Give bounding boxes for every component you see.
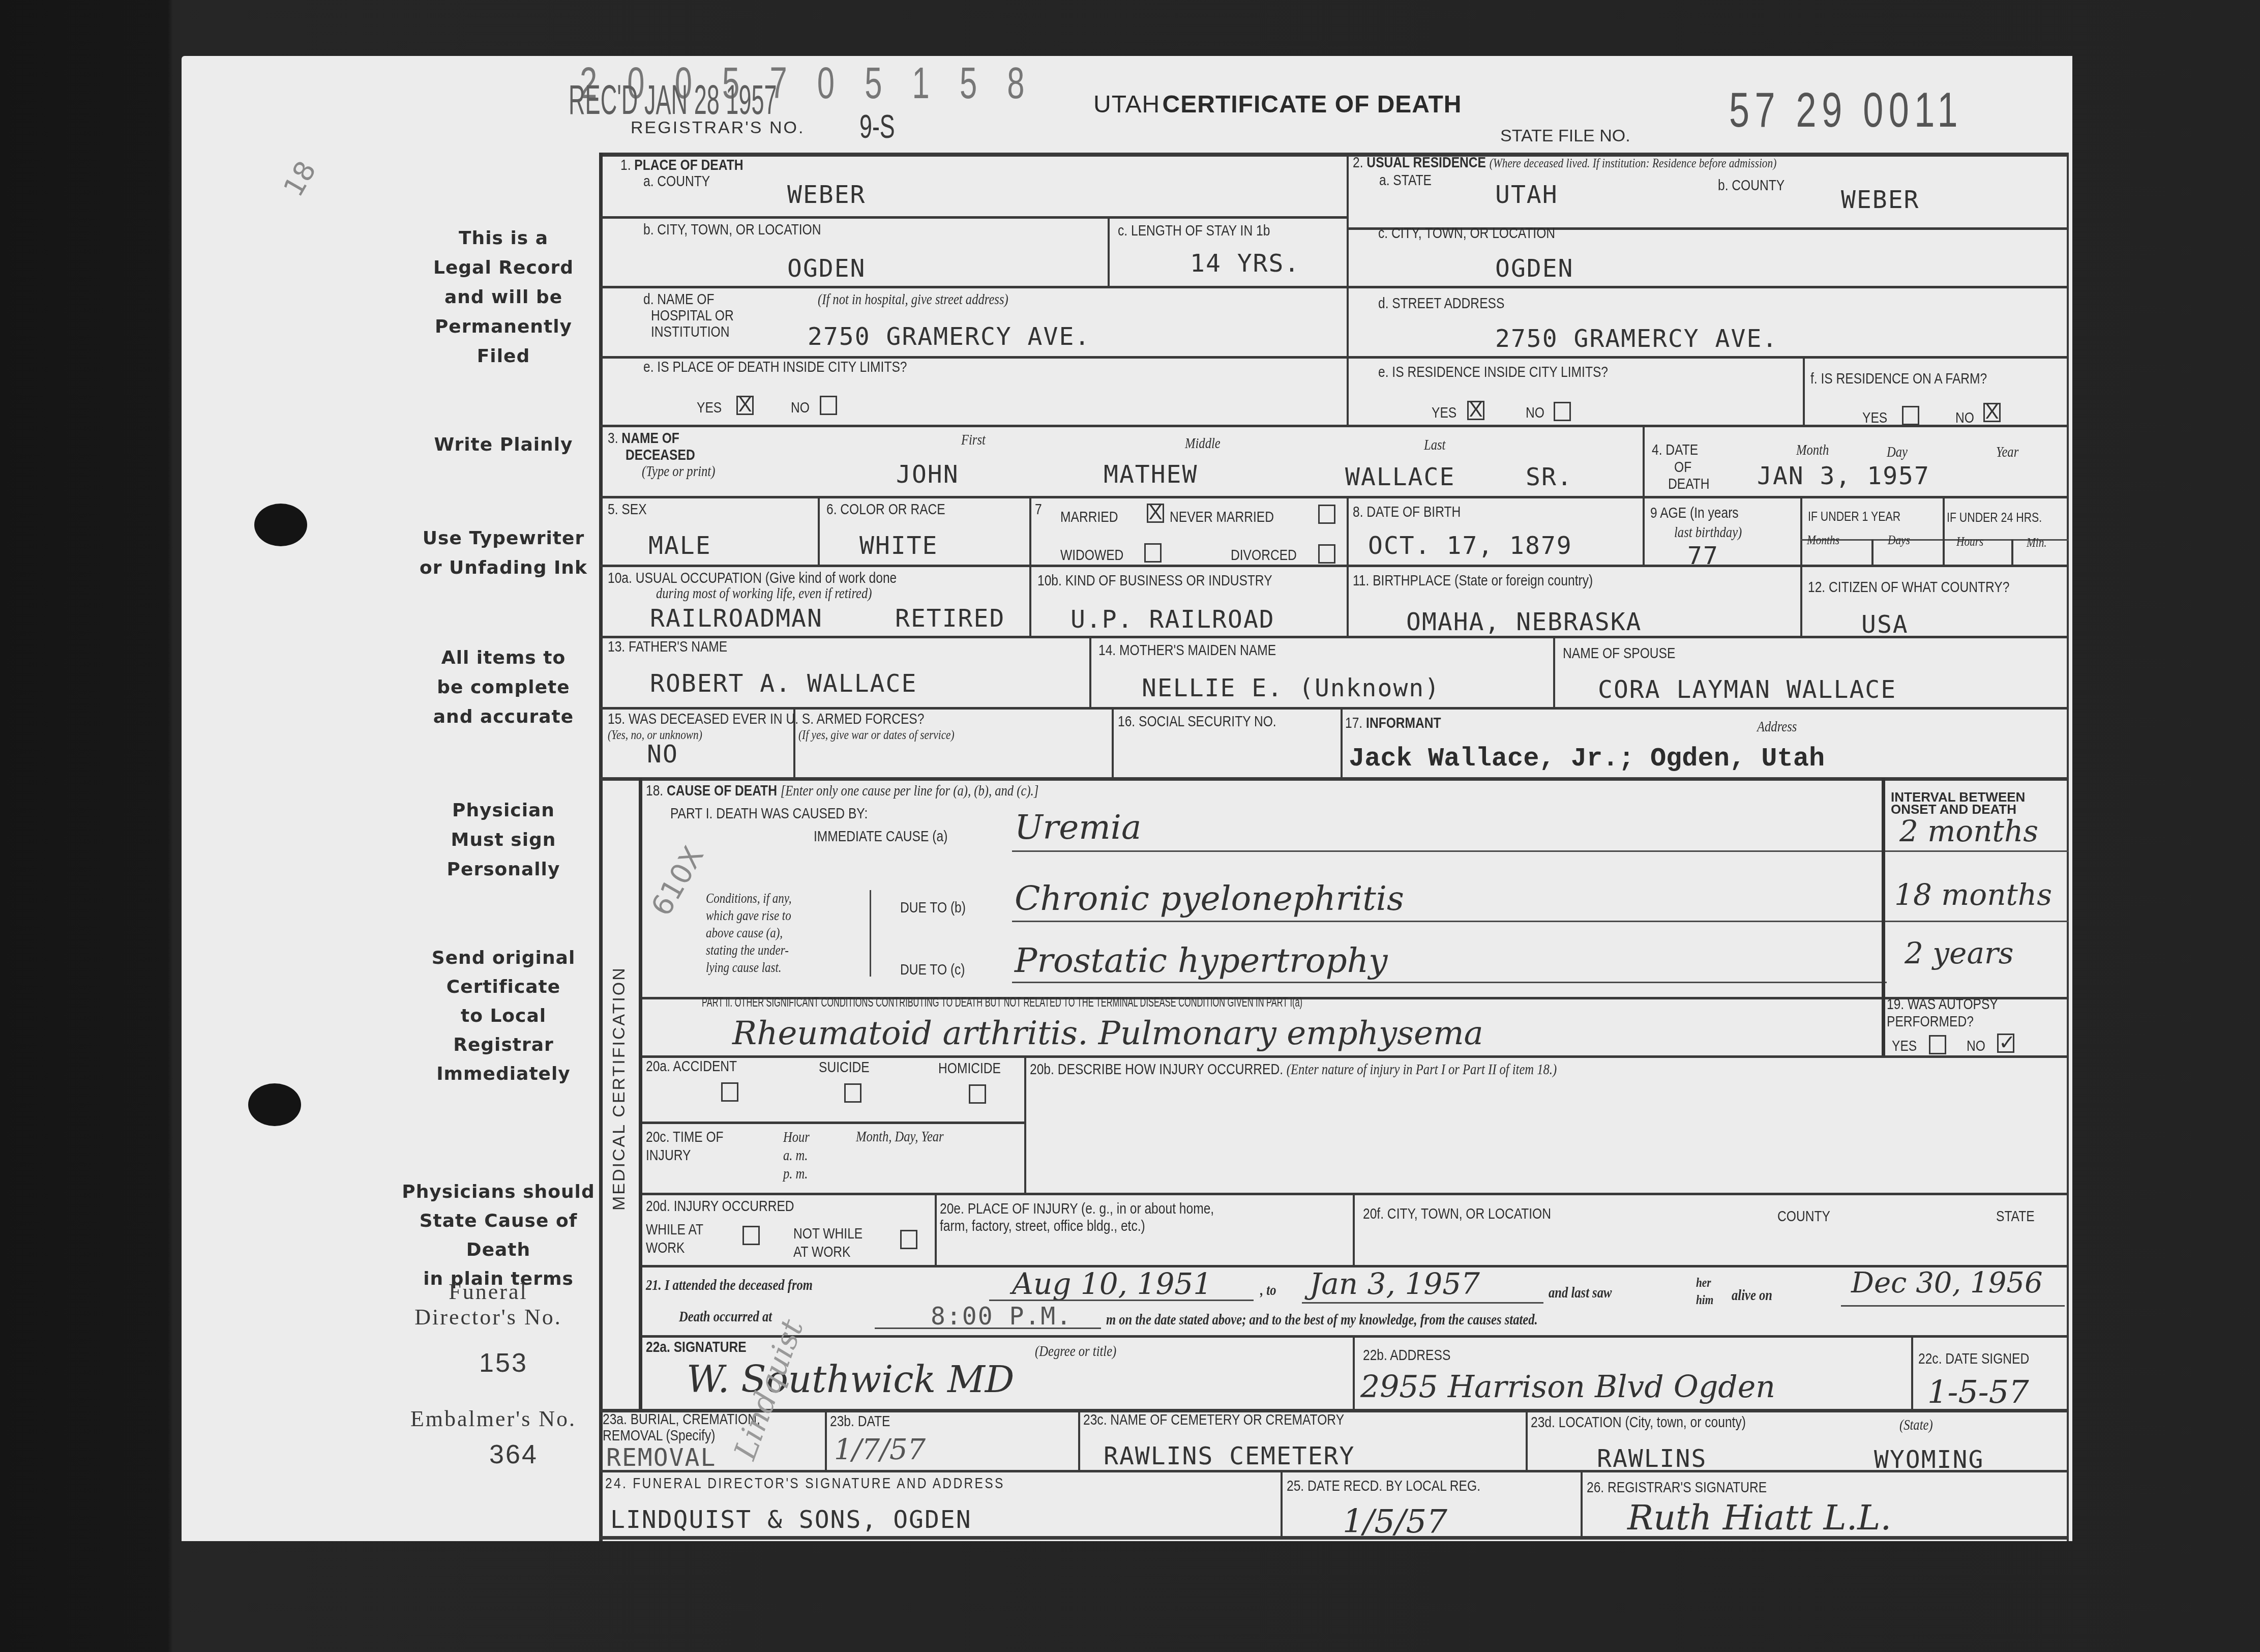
birthplace-value: OMAHA, NEBRASKA: [1406, 608, 1642, 636]
residence-hint: (Where deceased lived. If institution: R…: [1490, 156, 1776, 170]
date-signed-value: 1-5-57: [1927, 1373, 2029, 1410]
sex-value: MALE: [648, 532, 711, 560]
no-label: NO: [791, 399, 810, 417]
part2-value: Rheumatoid arthritis. Pulmonary emphysem…: [732, 1015, 1483, 1052]
no-label: NO: [1955, 409, 1974, 427]
autopsy-no-checkbox[interactable]: ✓: [1997, 1034, 2014, 1053]
dod-label-1: 4. DATE: [1652, 441, 1698, 459]
time-of-injury-label: 20c. TIME OF INJURY: [646, 1128, 724, 1165]
residence-inside-city-yes-checkbox[interactable]: X: [1467, 401, 1484, 420]
farm-no-checkbox[interactable]: X: [1983, 403, 2001, 422]
title-state: UTAH: [1093, 91, 1160, 118]
yes-label: YES: [1862, 409, 1887, 427]
interval-b-value: 18 months: [1894, 877, 2052, 912]
location-label: 23d. LOCATION (City, town, or county): [1531, 1414, 1746, 1431]
sex-label: 5. SEX: [608, 501, 647, 518]
day-label: Day: [1887, 444, 1908, 461]
local-reg-date-value: 1/5/57: [1343, 1503, 1447, 1541]
place-of-injury-label: 20e. PLACE OF INJURY (e. g., in or about…: [940, 1200, 1214, 1235]
not-while-at-work-label: NOT WHILE AT WORK: [793, 1225, 863, 1261]
spouse-value: CORA LAYMAN WALLACE: [1598, 675, 1896, 704]
county-label: b. COUNTY: [1718, 177, 1785, 194]
signature-label: 22a. SIGNATURE: [646, 1339, 747, 1356]
part1-label: PART I. DEATH WAS CAUSED BY:: [670, 805, 868, 822]
divorced-checkbox[interactable]: [1318, 544, 1335, 564]
residence-county-value: WEBER: [1841, 186, 1920, 214]
father-label: 13. FATHER'S NAME: [608, 638, 727, 656]
city-label: b. CITY, TOWN, OR LOCATION: [643, 221, 821, 239]
dod-label-2: OF: [1674, 459, 1691, 476]
mother-label: 14. MOTHER'S MAIDEN NAME: [1098, 642, 1276, 659]
death-occurred-suffix: m on the date stated above; and to the b…: [1106, 1311, 1538, 1329]
middle-name-value: MATHEW: [1104, 460, 1198, 489]
under-1-year-label: IF UNDER 1 YEAR: [1808, 509, 1900, 524]
death-county-value: WEBER: [787, 181, 866, 209]
suffix-value: SR.: [1526, 463, 1573, 491]
state-label: a. STATE: [1379, 172, 1432, 189]
received-stamp: REC'D JAN 28 1957: [569, 76, 777, 124]
stay-label: c. LENGTH OF STAY IN 1b: [1118, 222, 1270, 240]
title-main: CERTIFICATE OF DEATH: [1163, 91, 1462, 118]
birthplace-label: 11. BIRTHPLACE (State or foreign country…: [1353, 572, 1593, 589]
hour-label: Hour a. m. p. m.: [783, 1128, 810, 1183]
medical-certification-label: MEDICAL CERTIFICATION: [609, 966, 629, 1211]
marital-num: 7: [1035, 501, 1042, 518]
registrar-signature-label: 26. REGISTRAR'S SIGNATURE: [1587, 1479, 1767, 1496]
margin-note-legal-record: This is a Legal Record and will be Perma…: [417, 224, 590, 371]
margin-note-typewriter: Use Typewriter or Unfading Ink: [402, 524, 605, 583]
date-divider: [1643, 425, 1645, 496]
race-value: WHITE: [859, 532, 938, 560]
death-occurred-label: Death occurred at: [679, 1308, 772, 1325]
city-label: c. CITY, TOWN, OR LOCATION: [1378, 225, 1555, 242]
hospital-label-3: INSTITUTION: [651, 323, 729, 341]
funeral-director-no-label: Funeral Director's No.: [371, 1279, 605, 1330]
county-label: a. COUNTY: [643, 173, 710, 190]
last-name-value: WALLACE: [1345, 463, 1455, 491]
age-value: 77: [1687, 542, 1719, 570]
injury-city-label: 20f. CITY, TOWN, OR LOCATION: [1363, 1205, 1551, 1223]
cause-c-value: Prostatic hypertrophy: [1015, 941, 1388, 980]
death-time-value: 8:00 P.M.: [931, 1302, 1072, 1331]
residence-inside-city-no-checkbox[interactable]: [1554, 402, 1571, 421]
burial-date-label: 23b. DATE: [830, 1413, 890, 1430]
last-saw-alive-value: Dec 30, 1956: [1851, 1266, 2043, 1300]
due-to-c-label: DUE TO (c): [900, 961, 965, 979]
cause-b-value: Chronic pyelonephritis: [1015, 879, 1404, 918]
registrar-signature-value: Ruth Hiatt L.L.: [1627, 1498, 1891, 1538]
race-label: 6. COLOR OR RACE: [826, 501, 945, 518]
under-24-hrs-label: IF UNDER 24 HRS.: [1947, 510, 2042, 525]
cemetery-value: RAWLINS CEMETERY: [1104, 1442, 1355, 1470]
conditions-hint: Conditions, if any, which gave rise to a…: [706, 890, 791, 977]
binder-hole-top: [254, 504, 307, 546]
location-state-label: (State): [1899, 1417, 1933, 1434]
physician-address-value: 2955 Harrison Blvd Ogden: [1360, 1369, 1775, 1405]
divorced-label: DIVORCED: [1231, 547, 1297, 564]
dob-label: 8. DATE OF BIRTH: [1353, 504, 1461, 521]
physician-signature: W. Southwick MD: [687, 1358, 1014, 1401]
no-label: NO: [1526, 404, 1544, 422]
month-label: Month: [1796, 441, 1829, 459]
due-to-b-label: DUE TO (b): [900, 899, 966, 917]
hospital-label-1: d. NAME OF: [643, 291, 714, 308]
margin-note-physician-sign: Physician Must sign Personally: [417, 796, 590, 884]
funeral-director-value: LINDQUIST & SONS, OGDEN: [610, 1506, 972, 1534]
ssn-label: 16. SOCIAL SECURITY NO.: [1118, 713, 1276, 730]
dod-label-3: DEATH: [1668, 476, 1710, 493]
interval-a-value: 2 months: [1899, 814, 2038, 848]
married-label: MARRIED: [1060, 509, 1118, 526]
hospital-label-2: HOSPITAL OR: [651, 307, 734, 324]
occupation-value: RAILROADMAN: [650, 604, 823, 633]
registrars-no-label: REGISTRAR'S NO.: [631, 118, 805, 138]
mother-value: NELLIE E. (Unknown): [1142, 674, 1440, 702]
no-label: NO: [1967, 1038, 1985, 1055]
item-number: 1.: [620, 157, 631, 173]
days-label: Days: [1888, 533, 1910, 548]
autopsy-label: 19. WAS AUTOPSY PERFORMED?: [1887, 996, 1998, 1030]
injury-state-label: STATE: [1996, 1208, 2035, 1225]
residence-street-value: 2750 GRAMERCY AVE.: [1495, 324, 1778, 353]
name-label-1: NAME OF: [621, 430, 679, 447]
her-him-label: her him: [1696, 1274, 1713, 1309]
usual-residence-label: USUAL RESIDENCE: [1366, 154, 1486, 171]
attended-to-sep: , to: [1260, 1282, 1276, 1299]
street-label: d. STREET ADDRESS: [1378, 295, 1504, 312]
cause-hint: [Enter only one cause per line for (a), …: [781, 782, 1039, 799]
father-value: ROBERT A. WALLACE: [650, 669, 917, 698]
alive-on-label: alive on: [1732, 1287, 1772, 1304]
item-number: 3.: [608, 430, 618, 447]
never-married-label: NEVER MARRIED: [1170, 509, 1274, 526]
place-of-death-label: PLACE OF DEATH: [634, 157, 743, 173]
mdy-label: Month, Day, Year: [856, 1128, 944, 1145]
suicide-label: SUICIDE: [819, 1059, 870, 1076]
spouse-label: NAME OF SPOUSE: [1563, 645, 1675, 662]
accident-label: 20a. ACCIDENT: [646, 1058, 737, 1075]
residence-city-value: OGDEN: [1495, 254, 1574, 283]
citizen-label: 12. CITIZEN OF WHAT COUNTRY?: [1808, 579, 2009, 596]
burial-value: REMOVAL: [606, 1443, 716, 1472]
not-while-at-work-checkbox[interactable]: [900, 1230, 917, 1249]
immediate-cause-label: IMMEDIATE CAUSE (a): [814, 828, 947, 845]
informant-label: INFORMANT: [1366, 715, 1441, 731]
middle-label: Middle: [1185, 435, 1221, 452]
yes-label: YES: [1892, 1038, 1917, 1055]
local-reg-date-label: 25. DATE RECD. BY LOCAL REG.: [1287, 1478, 1480, 1495]
age-label-1: 9 AGE (In years: [1650, 505, 1739, 522]
autopsy-yes-checkbox[interactable]: [1929, 1035, 1946, 1054]
date-signed-label: 22c. DATE SIGNED: [1918, 1350, 2029, 1368]
margin-note-write-plainly: Write Plainly: [417, 430, 590, 460]
injury-county-label: COUNTY: [1777, 1208, 1830, 1225]
physician-address-label: 22b. ADDRESS: [1363, 1347, 1450, 1364]
part2-label: PART II. OTHER SIGNIFICANT CONDITIONS CO…: [702, 994, 1302, 1010]
first-label: First: [961, 431, 986, 449]
date-of-death-value: JAN 3, 1957: [1757, 462, 1930, 490]
injury-desc-label: 20b. DESCRIBE HOW INJURY OCCURRED. (Ente…: [1030, 1061, 1557, 1078]
hospital-value: 2750 GRAMERCY AVE.: [808, 322, 1090, 351]
dob-value: OCT. 17, 1879: [1368, 532, 1572, 560]
occupation-label-2: during most of working life, even if ret…: [656, 585, 872, 602]
state-file-no-label: STATE FILE NO.: [1500, 126, 1630, 146]
state-file-no: 57 29 0011: [1729, 82, 1963, 138]
months-label: Months: [1807, 533, 1839, 548]
inside-city-label: e. IS PLACE OF DEATH INSIDE CITY LIMITS?: [643, 359, 907, 376]
last-saw-label: and last saw: [1549, 1284, 1612, 1302]
hospital-hint: (If not in hospital, give street address…: [818, 291, 1008, 308]
farm-yes-checkbox[interactable]: [1902, 406, 1919, 425]
name-label-2: DECEASED: [626, 447, 695, 464]
interval-c-value: 2 years: [1905, 936, 2014, 970]
embalmer-no: 364: [458, 1442, 570, 1467]
degree-label: (Degree or title): [1035, 1343, 1116, 1360]
attended-from-value: Aug 10, 1951: [1012, 1266, 1212, 1301]
armed-forces-label: 15. WAS DECEASED EVER IN U. S. ARMED FOR…: [608, 711, 924, 728]
residence-state-value: UTAH: [1495, 181, 1558, 209]
location-city-value: RAWLINS: [1597, 1444, 1707, 1473]
last-label: Last: [1424, 436, 1445, 454]
title-block: UTAH CERTIFICATE OF DEATH: [1093, 91, 1462, 119]
death-city-value: OGDEN: [787, 254, 866, 283]
married-checkbox[interactable]: X: [1147, 504, 1164, 523]
registrars-no: 9-S: [859, 108, 895, 145]
min-label: Min.: [2027, 535, 2047, 550]
embalmer-no-label: Embalmer's No.: [376, 1406, 610, 1432]
while-at-work-label: WHILE AT WORK: [646, 1221, 703, 1257]
industry-label: 10b. KIND OF BUSINESS OR INDUSTRY: [1037, 572, 1272, 589]
cemetery-label: 23c. NAME OF CEMETERY OR CREMATORY: [1083, 1411, 1344, 1429]
farm-label: f. IS RESIDENCE ON A FARM?: [1810, 370, 1987, 388]
margin-note-plain-terms: Physicians should State Cause of Death i…: [386, 1177, 610, 1293]
attended-prefix: 21. I attended the deceased from: [646, 1277, 813, 1294]
cause-a-value: Uremia: [1015, 808, 1141, 847]
homicide-label: HOMICIDE: [938, 1060, 1001, 1077]
occupation-status-value: RETIRED: [895, 604, 1005, 633]
conditions-bracket: [865, 890, 871, 977]
inside-city-label: e. IS RESIDENCE INSIDE CITY LIMITS?: [1378, 364, 1608, 381]
margin-note-complete: All items to be complete and accurate: [417, 643, 590, 732]
name-label-3: (Type or print): [642, 463, 715, 480]
never-married-checkbox[interactable]: [1318, 505, 1335, 524]
hours-label: Hours: [1956, 534, 1983, 549]
margin-note-send-original: Send original Certificate to Local Regis…: [417, 943, 590, 1088]
citizen-value: USA: [1861, 610, 1909, 639]
injury-occurred-label: 20d. INJURY OCCURRED: [646, 1198, 794, 1215]
cause-of-death-label: CAUSE OF DEATH: [667, 782, 777, 799]
occupation-label-1: 10a. USUAL OCCUPATION (Give kind of work…: [608, 570, 897, 587]
item-number: 18.: [646, 782, 663, 799]
first-name-value: JOHN: [896, 460, 959, 489]
widowed-label: WIDOWED: [1060, 547, 1123, 564]
yes-label: YES: [1432, 404, 1456, 422]
accident-checkbox[interactable]: [721, 1082, 738, 1102]
death-inside-city-yes-checkbox[interactable]: X: [736, 396, 754, 415]
funeral-director-label: 24. FUNERAL DIRECTOR'S SIGNATURE AND ADD…: [605, 1475, 1005, 1492]
informant-value: Jack Wallace, Jr.; Ogden, Utah: [1349, 744, 1825, 774]
binder-hole-bottom: [248, 1083, 301, 1126]
homicide-checkbox[interactable]: [969, 1084, 986, 1104]
armed-forces-value: NO: [647, 740, 678, 769]
item-number: 2.: [1353, 154, 1363, 171]
while-at-work-checkbox[interactable]: [742, 1226, 760, 1245]
widowed-checkbox[interactable]: [1144, 543, 1162, 563]
informant-address-label: Address: [1757, 718, 1797, 735]
death-inside-city-no-checkbox[interactable]: [820, 396, 837, 415]
yes-label: YES: [697, 399, 722, 417]
year-label: Year: [1996, 444, 2018, 461]
location-state-value: WYOMING: [1874, 1445, 1984, 1474]
armed-forces-hint-2: (If yes, give war or dates of service): [798, 727, 955, 743]
industry-value: U.P. RAILROAD: [1070, 605, 1275, 634]
burial-date-value: 1/7/57: [834, 1433, 926, 1466]
age-label-2: last birthday): [1674, 524, 1742, 541]
suicide-checkbox[interactable]: [844, 1083, 861, 1103]
farm-divider: [1803, 356, 1805, 425]
funeral-director-no: 153: [448, 1350, 559, 1376]
stay-value: 14 YRS.: [1190, 249, 1300, 278]
interval-label: INTERVAL BETWEEN ONSET AND DEATH: [1891, 791, 2025, 815]
attended-to-value: Jan 3, 1957: [1310, 1266, 1480, 1301]
item-number: 17.: [1345, 715, 1362, 731]
